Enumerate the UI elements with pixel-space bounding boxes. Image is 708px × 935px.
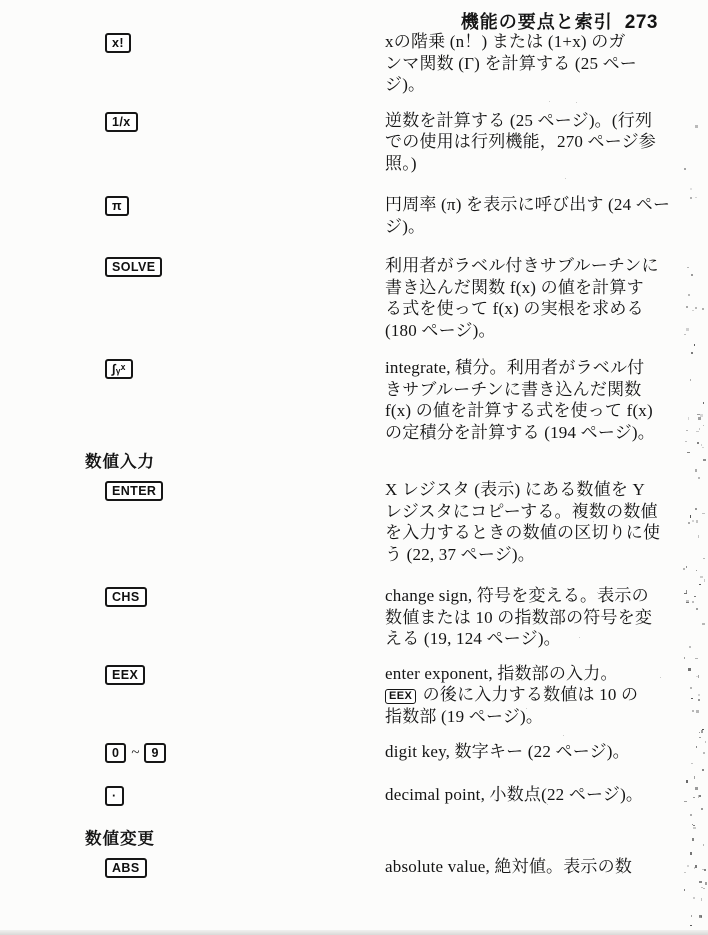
entry-description: xの階乗 (n！) または (1+x) のガンマ関数 (Γ) を計算する (25… [385,31,697,96]
entry-solve: SOLVE利用者がラベル付きサブルーチンに書き込んだ関数 f(x) の値を計算す… [0,255,708,341]
eex-key: EEX [105,665,145,685]
entry-description: digit key, 数字キー (22 ページ)。 [385,741,697,763]
entry-key-column: SOLVE [0,255,385,277]
solve-key: SOLVE [105,257,162,277]
description-line: ジ)。 [385,74,697,96]
description-line: 円周率 (π) を表示に呼び出す (24 ペー [385,194,697,216]
entry-description: 逆数を計算する (25 ページ)。(行列での使用は行列機能，270 ページ参照。… [385,110,697,175]
entry-description: X レジスタ (表示) にある数値を Yレジスタにコピーする。複数の数値を入力す… [385,479,697,565]
description-line: える (19, 124 ページ)。 [385,628,697,650]
description-line: 利用者がラベル付きサブルーチンに [385,255,697,277]
description-line: 照。) [385,153,697,175]
description-line: enter exponent, 指数部の入力。 [385,663,697,685]
description-line: X レジスタ (表示) にある数値を Y [385,479,697,501]
description-line: xの階乗 (n！) または (1+x) のガ [385,31,697,53]
description-line: EEX の後に入力する数値は 10 の [385,684,697,706]
noise-speck [699,915,702,917]
enter-key: ENTER [105,481,163,501]
description-line: きサブルーチンに書き込んだ関数 [385,379,697,401]
description-line: る式を使って f(x) の実根を求める [385,298,697,320]
noise-speck [701,916,702,918]
entry-key-column: EEX [0,663,385,685]
description-line: change sign, 符号を変える。表示の [385,585,697,607]
description-line: integrate, 積分。利用者がラベル付 [385,357,697,379]
entry-key-column: x! [0,31,385,53]
description-line: digit key, 数字キー (22 ページ)。 [385,741,697,763]
description-line: f(x) の値を計算する式を使って f(x) [385,400,697,422]
entry-key-column: ABS [0,856,385,878]
integrate-key: ∫ᵧˣ [105,359,133,379]
noise-speck [693,897,695,899]
description-line: 指数部 (19 ページ)。 [385,706,697,728]
key-range-separator: ~ [131,745,139,761]
entry-chs: CHSchange sign, 符号を変える。表示の数値または 10 の指数部の… [0,585,708,650]
description-line: での使用は行列機能，270 ページ参 [385,131,697,153]
pi-key: π [105,196,129,216]
entry-integrate: ∫ᵧˣintegrate, 積分。利用者がラベル付きサブルーチンに書き込んだ関数… [0,357,708,443]
entry-pi: π円周率 (π) を表示に呼び出す (24 ページ)。 [0,194,708,237]
noise-speck [691,915,692,917]
entry-description: integrate, 積分。利用者がラベル付きサブルーチンに書き込んだ関数f(x… [385,357,697,443]
noise-speck [684,889,685,891]
noise-speck [701,898,702,901]
entry-decimal-point: ·decimal point, 小数点(22 ページ)。 [0,784,708,806]
entry-key-column: π [0,194,385,216]
description-line: 書き込んだ関数 f(x) の値を計算す [385,277,697,299]
noise-speck [699,917,702,918]
entry-description: change sign, 符号を変える。表示の数値または 10 の指数部の符号を… [385,585,697,650]
description-line: の定積分を計算する (194 ページ)。 [385,422,697,444]
noise-speck [701,887,703,888]
entry-key-column: CHS [0,585,385,607]
description-line: decimal point, 小数点(22 ページ)。 [385,784,697,806]
description-line: (180 ページ)。 [385,320,697,342]
section-heading-1: 数値入力 [85,451,708,473]
chs-key: CHS [105,587,147,607]
noise-speck [703,888,705,889]
description-line: ンマ関数 (Γ) を計算する (25 ペー [385,53,697,75]
description-line: ジ)。 [385,216,697,238]
entry-reciprocal: 1/x逆数を計算する (25 ページ)。(行列での使用は行列機能，270 ページ… [0,110,708,175]
entry-digits: 0~9digit key, 数字キー (22 ページ)。 [0,741,708,763]
digits-key: 9 [144,743,165,763]
description-line: absolute value, 絶対値。表示の数 [385,856,697,878]
description-line: レジスタにコピーする。複数の数値 [385,501,697,523]
inline-eex-key: EEX [385,689,416,704]
entry-description: absolute value, 絶対値。表示の数 [385,856,697,878]
description-line: 数値または 10 の指数部の符号を変 [385,607,697,629]
entry-key-column: · [0,784,385,806]
noise-speck [699,881,702,883]
description-line: 逆数を計算する (25 ページ)。(行列 [385,110,697,132]
reciprocal-key: 1/x [105,112,138,132]
entry-key-column: 0~9 [0,741,385,763]
description-line: を入力するときの数値の区切りに使 [385,522,697,544]
content: x!xの階乗 (n！) または (1+x) のガンマ関数 (Γ) を計算する (… [0,31,708,878]
noise-speck [705,882,707,885]
entry-x-factorial: x!xの階乗 (n！) または (1+x) のガンマ関数 (Γ) を計算する (… [0,31,708,96]
x-factorial-key: x! [105,33,131,53]
entry-description: 円周率 (π) を表示に呼び出す (24 ページ)。 [385,194,697,237]
abs-key: ABS [105,858,147,878]
description-line: う (22, 37 ページ)。 [385,544,697,566]
entry-description: decimal point, 小数点(22 ページ)。 [385,784,697,806]
digits-key: 0 [105,743,126,763]
entry-key-column: ENTER [0,479,385,501]
entry-description: 利用者がラベル付きサブルーチンに書き込んだ関数 f(x) の値を計算する式を使っ… [385,255,697,341]
page-bottom-scan-shadow [0,930,708,935]
noise-speck [690,925,692,926]
entry-abs: ABSabsolute value, 絶対値。表示の数 [0,856,708,878]
entry-key-column: ∫ᵧˣ [0,357,385,379]
entry-key-column: 1/x [0,110,385,132]
entry-eex: EEXenter exponent, 指数部の入力。EEX の後に入力する数値は… [0,663,708,728]
decimal-point-key: · [105,786,124,806]
section-heading-2: 数値変更 [85,828,708,850]
entry-enter: ENTERX レジスタ (表示) にある数値を Yレジスタにコピーする。複数の数… [0,479,708,565]
entry-description: enter exponent, 指数部の入力。EEX の後に入力する数値は 10… [385,663,697,728]
